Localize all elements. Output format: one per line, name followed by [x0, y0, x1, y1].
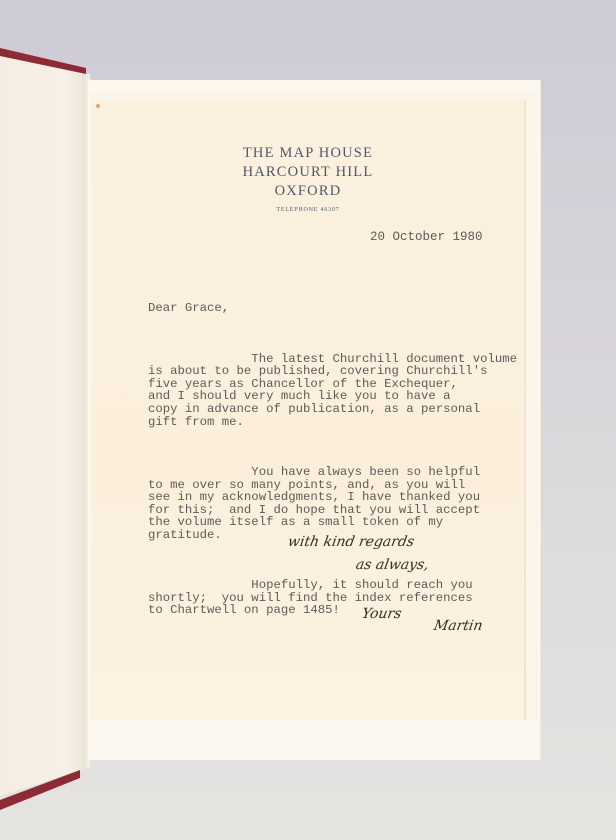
handwritten-regards: with kind regards — [287, 534, 416, 550]
photo-scene: THE MAP HOUSE HARCOURT HILL OXFORD TELEP… — [0, 0, 616, 840]
handwritten-closing: Yours — [361, 606, 403, 622]
paragraph: Hopefully, it should reach you shortly; … — [148, 579, 518, 617]
letterhead-line: OXFORD — [92, 182, 524, 201]
letter-sheet: THE MAP HOUSE HARCOURT HILL OXFORD TELEP… — [92, 100, 526, 720]
letterhead-line: HARCOURT HILL — [92, 163, 524, 182]
handwritten-as-always: as always, — [355, 557, 431, 573]
letterhead-line: THE MAP HOUSE — [92, 144, 524, 163]
book-flyleaf-left — [0, 0, 90, 840]
letter-body: Dear Grace, The latest Churchill documen… — [148, 277, 518, 655]
handwritten-signature: Martin — [433, 618, 484, 634]
letterhead-telephone: TELEPHONE 46307 — [92, 207, 524, 213]
letter-date: 20 October 1980 — [370, 230, 483, 244]
paragraph: The latest Churchill document volume is … — [148, 353, 518, 429]
paragraph: You have always been so helpful to me ov… — [148, 466, 518, 542]
salutation: Dear Grace, — [148, 302, 518, 315]
foxing-spot — [96, 104, 100, 108]
letterhead: THE MAP HOUSE HARCOURT HILL OXFORD TELEP… — [92, 144, 524, 213]
